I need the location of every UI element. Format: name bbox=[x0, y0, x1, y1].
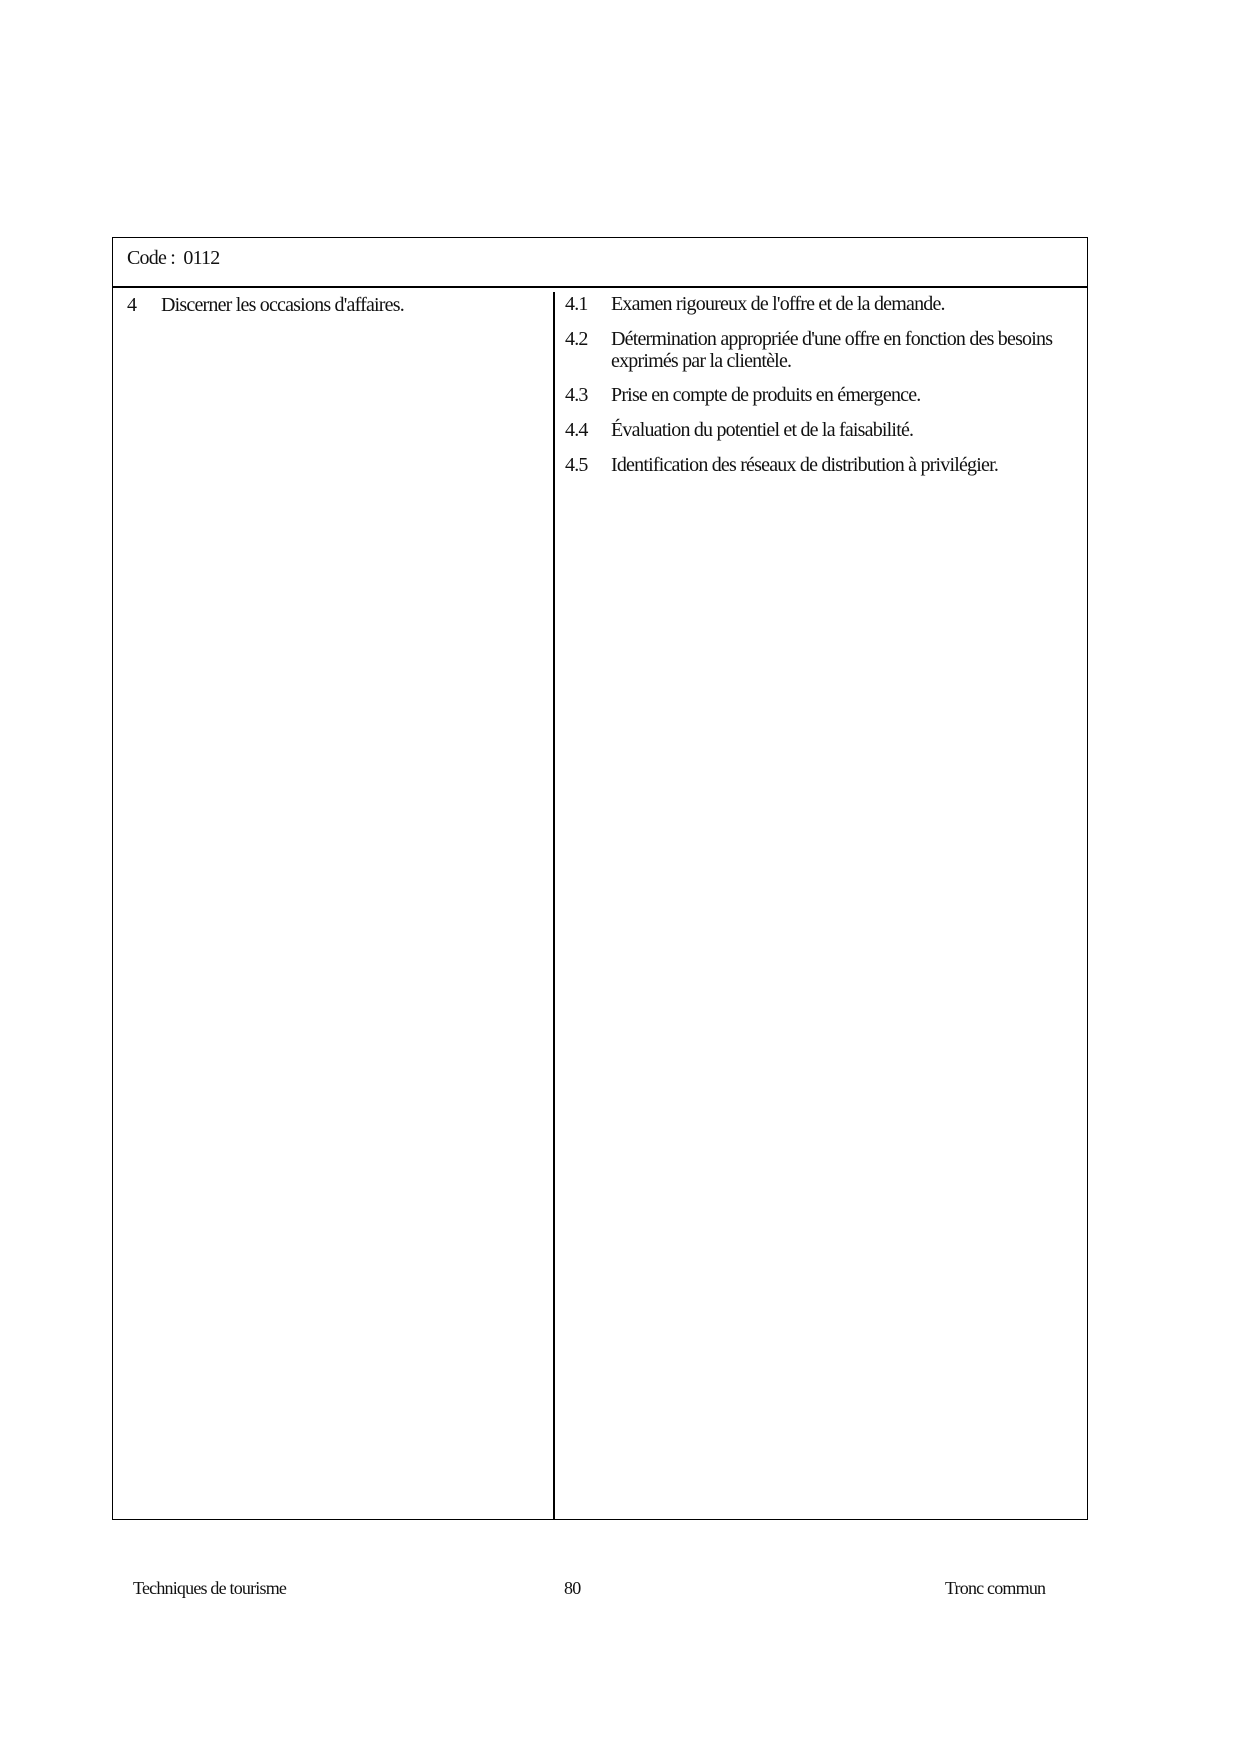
criterion-text: Examen rigoureux de l'offre et de la dem… bbox=[611, 292, 1075, 316]
criterion-text: Évaluation du potentiel et de la faisabi… bbox=[611, 418, 1075, 442]
criterion-text: Identification des réseaux de distributi… bbox=[611, 453, 1075, 477]
criterion-number: 4.1 bbox=[565, 292, 611, 316]
criterion-item: 4.3 Prise en compte de produits en émerg… bbox=[565, 383, 1075, 407]
criterion-item: 4.4 Évaluation du potentiel et de la fai… bbox=[565, 418, 1075, 442]
code-value: 0112 bbox=[183, 247, 219, 269]
code-label-text: Code : bbox=[127, 247, 175, 269]
criterion-item: 4.1 Examen rigoureux de l'offre et de la… bbox=[565, 292, 1075, 316]
criterion-item: 4.5 Identification des réseaux de distri… bbox=[565, 453, 1075, 477]
criterion-number: 4.4 bbox=[565, 418, 611, 442]
criterion-number: 4.5 bbox=[565, 453, 611, 477]
column-divider bbox=[553, 292, 555, 1519]
competency-column: 4Discerner les occasions d'affaires. bbox=[127, 294, 547, 317]
footer-page-number: 80 bbox=[564, 1578, 580, 1599]
competency-text: Discerner les occasions d'affaires. bbox=[161, 294, 404, 316]
criterion-number: 4.3 bbox=[565, 383, 611, 407]
footer-section: Tronc commun bbox=[945, 1578, 1045, 1599]
competency-number: 4 bbox=[127, 294, 161, 317]
criterion-text: Prise en compte de produits en émergence… bbox=[611, 383, 1075, 407]
criterion-number: 4.2 bbox=[565, 327, 611, 372]
code-row: Code : 0112 bbox=[113, 238, 1087, 288]
criteria-column: 4.1 Examen rigoureux de l'offre et de la… bbox=[565, 292, 1075, 488]
code-label: Code : 0112 bbox=[127, 247, 219, 270]
competency-table: Code : 0112 4Discerner les occasions d'a… bbox=[112, 237, 1088, 1520]
criterion-item: 4.2 Détermination appropriée d'une offre… bbox=[565, 327, 1075, 372]
criterion-text: Détermination appropriée d'une offre en … bbox=[611, 327, 1075, 372]
footer-program-title: Techniques de tourisme bbox=[133, 1578, 286, 1599]
